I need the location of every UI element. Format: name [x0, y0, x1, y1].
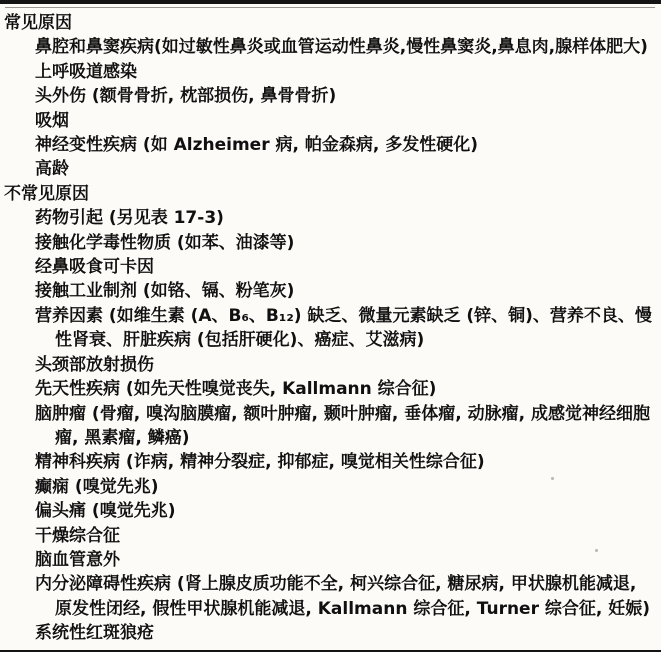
list-item: 内分泌障碍性疾病 (肾上腺皮质功能不全, 柯兴综合征, 糖尿病, 甲状腺机能减退…	[3, 572, 657, 621]
list-item: 药物引起 (另见表 17-3)	[3, 206, 657, 230]
list-item: 经鼻吸食可卡因	[3, 255, 657, 279]
list-item: 干燥综合征	[3, 524, 657, 548]
list-item: 接触工业制剂 (如铬、镉、粉笔灰)	[3, 279, 657, 303]
scan-speck	[551, 477, 554, 480]
section-common-causes: 常见原因 鼻腔和鼻窦疾病(如过敏性鼻炎或血管运动性鼻炎,慢性鼻窦炎,鼻息肉,腺样…	[3, 11, 657, 182]
list-item: 接触化学毒性物质 (如苯、油漆等)	[3, 231, 657, 255]
list-item: 吸烟	[3, 109, 657, 133]
list-item: 偏头痛 (嗅觉先兆)	[3, 499, 657, 523]
section-title: 常见原因	[3, 11, 657, 35]
list-item: 癫痫 (嗅觉先兆)	[3, 475, 657, 499]
list-item: 脑肿瘤 (骨瘤, 嗅沟脑膜瘤, 额叶肿瘤, 颞叶肿瘤, 垂体瘤, 动脉瘤, 成感…	[3, 402, 657, 451]
scan-speck	[595, 549, 598, 552]
section-uncommon-causes: 不常见原因 药物引起 (另见表 17-3) 接触化学毒性物质 (如苯、油漆等) …	[3, 182, 657, 646]
list-item: 精神科疾病 (诈病, 精神分裂症, 抑郁症, 嗅觉相关性综合征)	[3, 450, 657, 474]
list-item: 头外伤 (额骨骨折, 枕部损伤, 鼻骨骨折)	[3, 84, 657, 108]
list-item: 营养因素 (如维生素 (A、B₆、B₁₂) 缺乏、微量元素缺乏 (锌、铜)、营养…	[3, 304, 657, 353]
list-item: 系统性红斑狼疮	[3, 621, 657, 645]
list-item: 先天性疾病 (如先天性嗅觉丧失, Kallmann 综合征)	[3, 377, 657, 401]
table-page: 常见原因 鼻腔和鼻窦疾病(如过敏性鼻炎或血管运动性鼻炎,慢性鼻窦炎,鼻息肉,腺样…	[0, 0, 661, 652]
list-item: 鼻腔和鼻窦疾病(如过敏性鼻炎或血管运动性鼻炎,慢性鼻窦炎,鼻息肉,腺样体肥大)	[3, 35, 657, 59]
list-item: 头颈部放射损伤	[3, 353, 657, 377]
list-item: 脑血管意外	[3, 548, 657, 572]
top-rule-artifact	[5, 7, 655, 8]
section-title: 不常见原因	[3, 182, 657, 206]
list-item: 神经变性疾病 (如 Alzheimer 病, 帕金森病, 多发性硬化)	[3, 133, 657, 157]
list-item: 上呼吸道感染	[3, 60, 657, 84]
list-item: 高龄	[3, 157, 657, 181]
